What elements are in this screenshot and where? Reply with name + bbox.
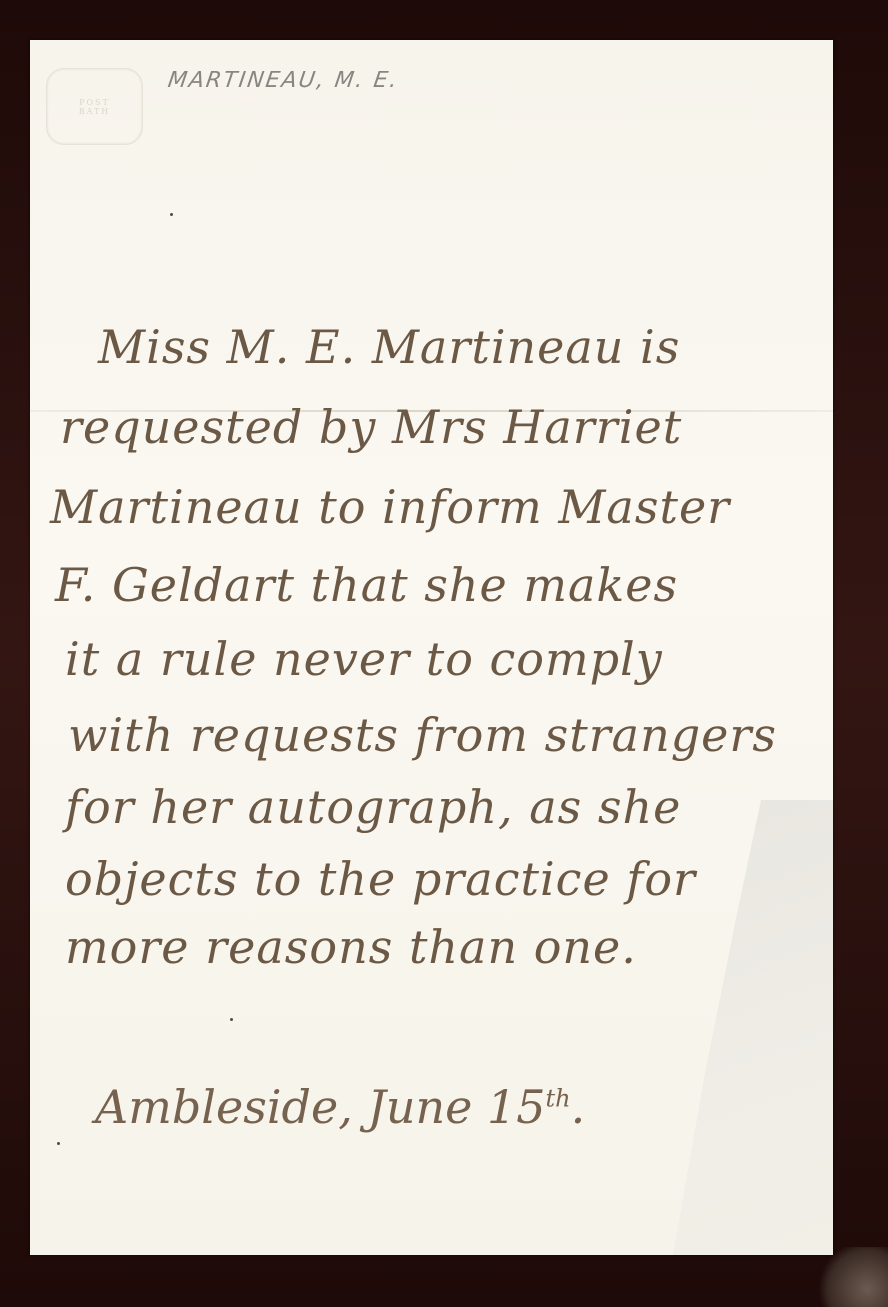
mount-corner-blemish [818,1247,888,1307]
letter-line-9: more reasons than one. [65,920,637,974]
dateline-place: Ambleside, June 15 [95,1080,546,1134]
embossed-stationer-stamp: POST BATH [46,68,143,145]
letter-line-4: F. Geldart that she makes [55,558,678,612]
emboss-line-1: POST [79,98,110,107]
archive-pencil-annotation: MARTINEAU, M. E. [166,68,400,93]
ink-speck [230,1018,233,1021]
letter-line-5: it a rule never to comply [65,632,663,686]
ink-speck [170,213,173,216]
letter-line-8: objects to the practice for [65,852,696,906]
letter-line-1: Miss M. E. Martineau is [98,320,680,374]
letter-line-7: for her autograph, as she [65,780,681,834]
emboss-line-2: BATH [79,107,111,116]
letter-line-6: with requests from strangers [68,708,777,762]
dateline-suffix: th [546,1085,571,1113]
letter-sheet: POST BATH MARTINEAU, M. E. Miss M. E. Ma… [30,40,833,1255]
letter-line-3: Martineau to inform Master [50,480,730,534]
ink-speck [57,1142,60,1145]
letter-line-2: requested by Mrs Harriet [60,400,682,454]
torn-corner [673,800,833,1255]
dateline: Ambleside, June 15th. [95,1080,585,1134]
